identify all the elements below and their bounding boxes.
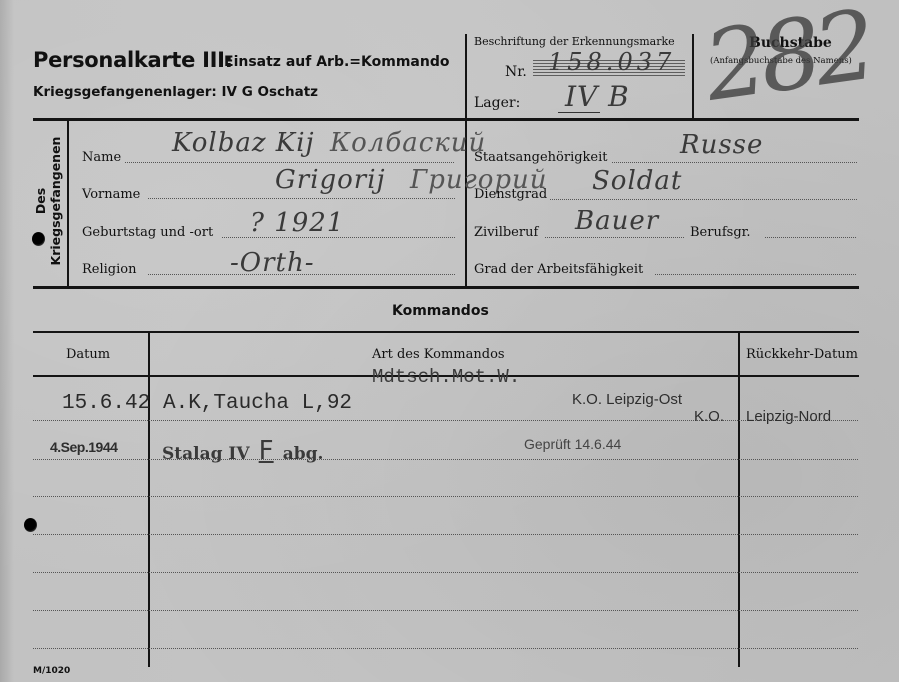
field-value-geburt: ? 1921 [250,208,344,238]
table-top-rule [33,331,859,333]
letter-box-number: 282 [698,0,877,123]
field-value-dienstgrad: Soldat [592,166,682,196]
field-line-berufsgr [765,237,857,238]
row1-rueckkehr: Leipzig-Nord [746,408,831,425]
row-line-1 [33,420,859,421]
field-label-name: Name [82,150,121,165]
row-line-7 [33,648,859,649]
camp-label: Kriegsgefangenenlager: IV G Oschatz [33,84,318,100]
punch-hole-bottom [24,518,37,532]
side-label-divider [67,120,69,286]
row-line-6 [33,610,859,611]
field-label-dienstgrad: Dienstgrad [474,187,547,202]
field-line-name [125,162,455,163]
lager-underline [558,112,600,113]
row-line-3 [33,496,859,497]
field-line-dienstgrad [550,199,857,200]
row1-art: A.K,Taucha L,92 [163,392,352,415]
field-line-staat [612,162,857,163]
header-divider-2 [692,34,694,118]
prisoner-top-rule [33,118,859,121]
side-label-line1: Des [33,125,48,277]
id-tag-nr-value: 158.037 [548,48,675,76]
col-header-rueckkehr: Rückkehr-Datum [746,347,858,362]
field-label-religion: Religion [82,262,136,277]
side-label-line2: Kriegsgefangenen [48,125,63,277]
row-line-4 [33,534,859,535]
col-header-datum: Datum [66,347,110,362]
row2-art-prefix: Stalag IV [162,444,250,464]
field-label-arbeitsfaehigkeit: Grad der Arbeitsfähigkeit [474,262,643,277]
field-value-name: Kolbaz Kij [172,128,315,158]
field-label-geburt: Geburtstag und -ort [82,225,213,240]
row2-art-suffix: abg. [283,444,324,464]
row2-art-letter: F [255,436,278,466]
punch-hole-top [32,232,45,246]
field-value-staat: Russe [680,130,763,160]
side-label: Des Kriegsgefangenen [33,125,63,277]
table-col-divider-1 [148,332,150,667]
id-tag-heading: Beschriftung der Erkennungsmarke [474,35,675,48]
field-line-arbeitsfaehigkeit [655,274,857,275]
row2-datum: 4.Sep.1944 [50,439,117,455]
row1-art-annotation2: K.O. [694,408,724,425]
field-value-name-cyrillic: Колбаский [330,128,486,158]
personnel-card: Personalkarte III: Einsatz auf Arb.=Komm… [0,0,899,682]
field-value-zivilberuf: Bauer [575,206,659,236]
field-line-zivilberuf [545,237,685,238]
field-line-vorname [148,198,455,199]
field-label-staat: Staatsangehörigkeit [474,150,608,165]
row1-art-annotation: K.O. Leipzig-Ost [572,391,682,408]
table-col-divider-2 [738,332,740,667]
col-header-art: Art des Kommandos [372,347,505,362]
card-title-sub: Einsatz auf Arb.=Kommando [224,54,449,70]
field-value-religion: -Orth- [230,248,315,278]
kommandos-heading: Kommandos [392,303,489,319]
prisoner-bottom-rule [33,286,859,289]
field-label-vorname: Vorname [82,187,140,202]
row1-datum: 15.6.42 [62,392,150,415]
row1-art-overtyped: Mdtsch.Mot.W. [372,366,520,388]
row-line-2 [33,459,859,460]
id-tag-nr-label: Nr. [505,64,527,80]
id-tag-lager-value: IV B [565,80,630,113]
field-label-zivilberuf: Zivilberuf [474,225,538,240]
field-value-vorname: Grigorij [275,165,386,195]
id-tag-lager-label: Lager: [474,95,520,111]
field-label-berufsgr: Berufsgr. [690,225,751,240]
row-line-5 [33,572,859,573]
card-title: Personalkarte III: [33,48,233,72]
row2-art-annotation: Geprüft 14.6.44 [524,436,621,452]
row2-art: Stalag IV F abg. [162,436,323,466]
header-divider-1 [465,34,467,118]
form-number: M/1020 [33,666,70,676]
